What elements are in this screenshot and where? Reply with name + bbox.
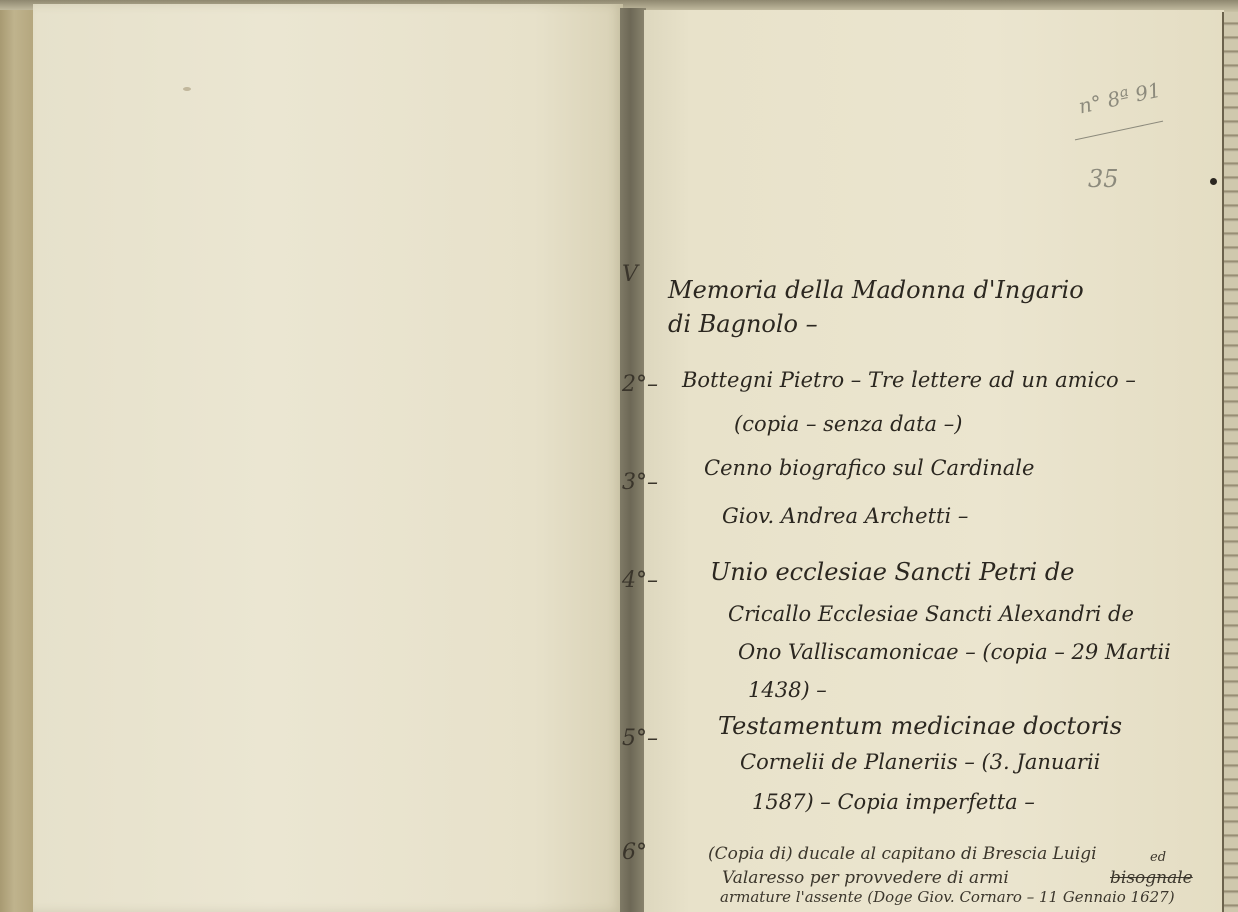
entry-line: Valaresso per provvedere di armi bbox=[722, 868, 1009, 888]
entry-line: Unio ecclesiae Sancti Petri de bbox=[710, 558, 1074, 586]
book-gutter bbox=[620, 8, 646, 912]
entry-line: Cricallo Ecclesiae Sancti Alexandri de bbox=[728, 602, 1134, 626]
struck-word: bisognale bbox=[1110, 868, 1193, 888]
entry-line: armature l'assente (Doge Giov. Cornaro –… bbox=[720, 888, 1175, 906]
entry-line: 1587) – Copia imperfetta – bbox=[752, 790, 1035, 814]
entry-line: Ono Valliscamonicae – (copia – 29 Martii bbox=[738, 640, 1171, 664]
book-cover-left bbox=[0, 10, 36, 912]
page-stack-edge bbox=[1222, 12, 1238, 912]
entry-line: Testamentum medicinae doctoris bbox=[718, 712, 1122, 740]
entry-line: Cenno biografico sul Cardinale bbox=[704, 456, 1034, 480]
entry-line: Bottegni Pietro – Tre lettere ad un amic… bbox=[682, 368, 1136, 392]
entry-number: 3°– bbox=[622, 470, 658, 495]
paper-stain bbox=[183, 87, 191, 91]
entry-line: Cornelii de Planeriis – (3. Januarii bbox=[740, 750, 1100, 774]
ink-dot bbox=[1210, 178, 1217, 185]
entry-number: 4°– bbox=[622, 568, 658, 593]
left-page-blank bbox=[33, 4, 623, 912]
folio-number: 35 bbox=[1088, 165, 1119, 193]
entry-line: (Copia di) ducale al capitano di Brescia… bbox=[708, 844, 1097, 864]
entry-line: di Bagnolo – bbox=[668, 310, 818, 338]
entry-line: Memoria della Madonna d'Ingario bbox=[668, 276, 1084, 304]
entry-number: 6° bbox=[622, 840, 647, 865]
insertion-text: ed bbox=[1150, 850, 1166, 865]
entry-line: Giov. Andrea Archetti – bbox=[722, 504, 968, 528]
entry-number: 5°– bbox=[622, 726, 658, 751]
entry-line: (copia – senza data –) bbox=[734, 412, 962, 436]
entry-line: 1438) – bbox=[748, 678, 827, 702]
check-mark: V bbox=[622, 262, 638, 287]
entry-number: 2°– bbox=[622, 372, 658, 397]
